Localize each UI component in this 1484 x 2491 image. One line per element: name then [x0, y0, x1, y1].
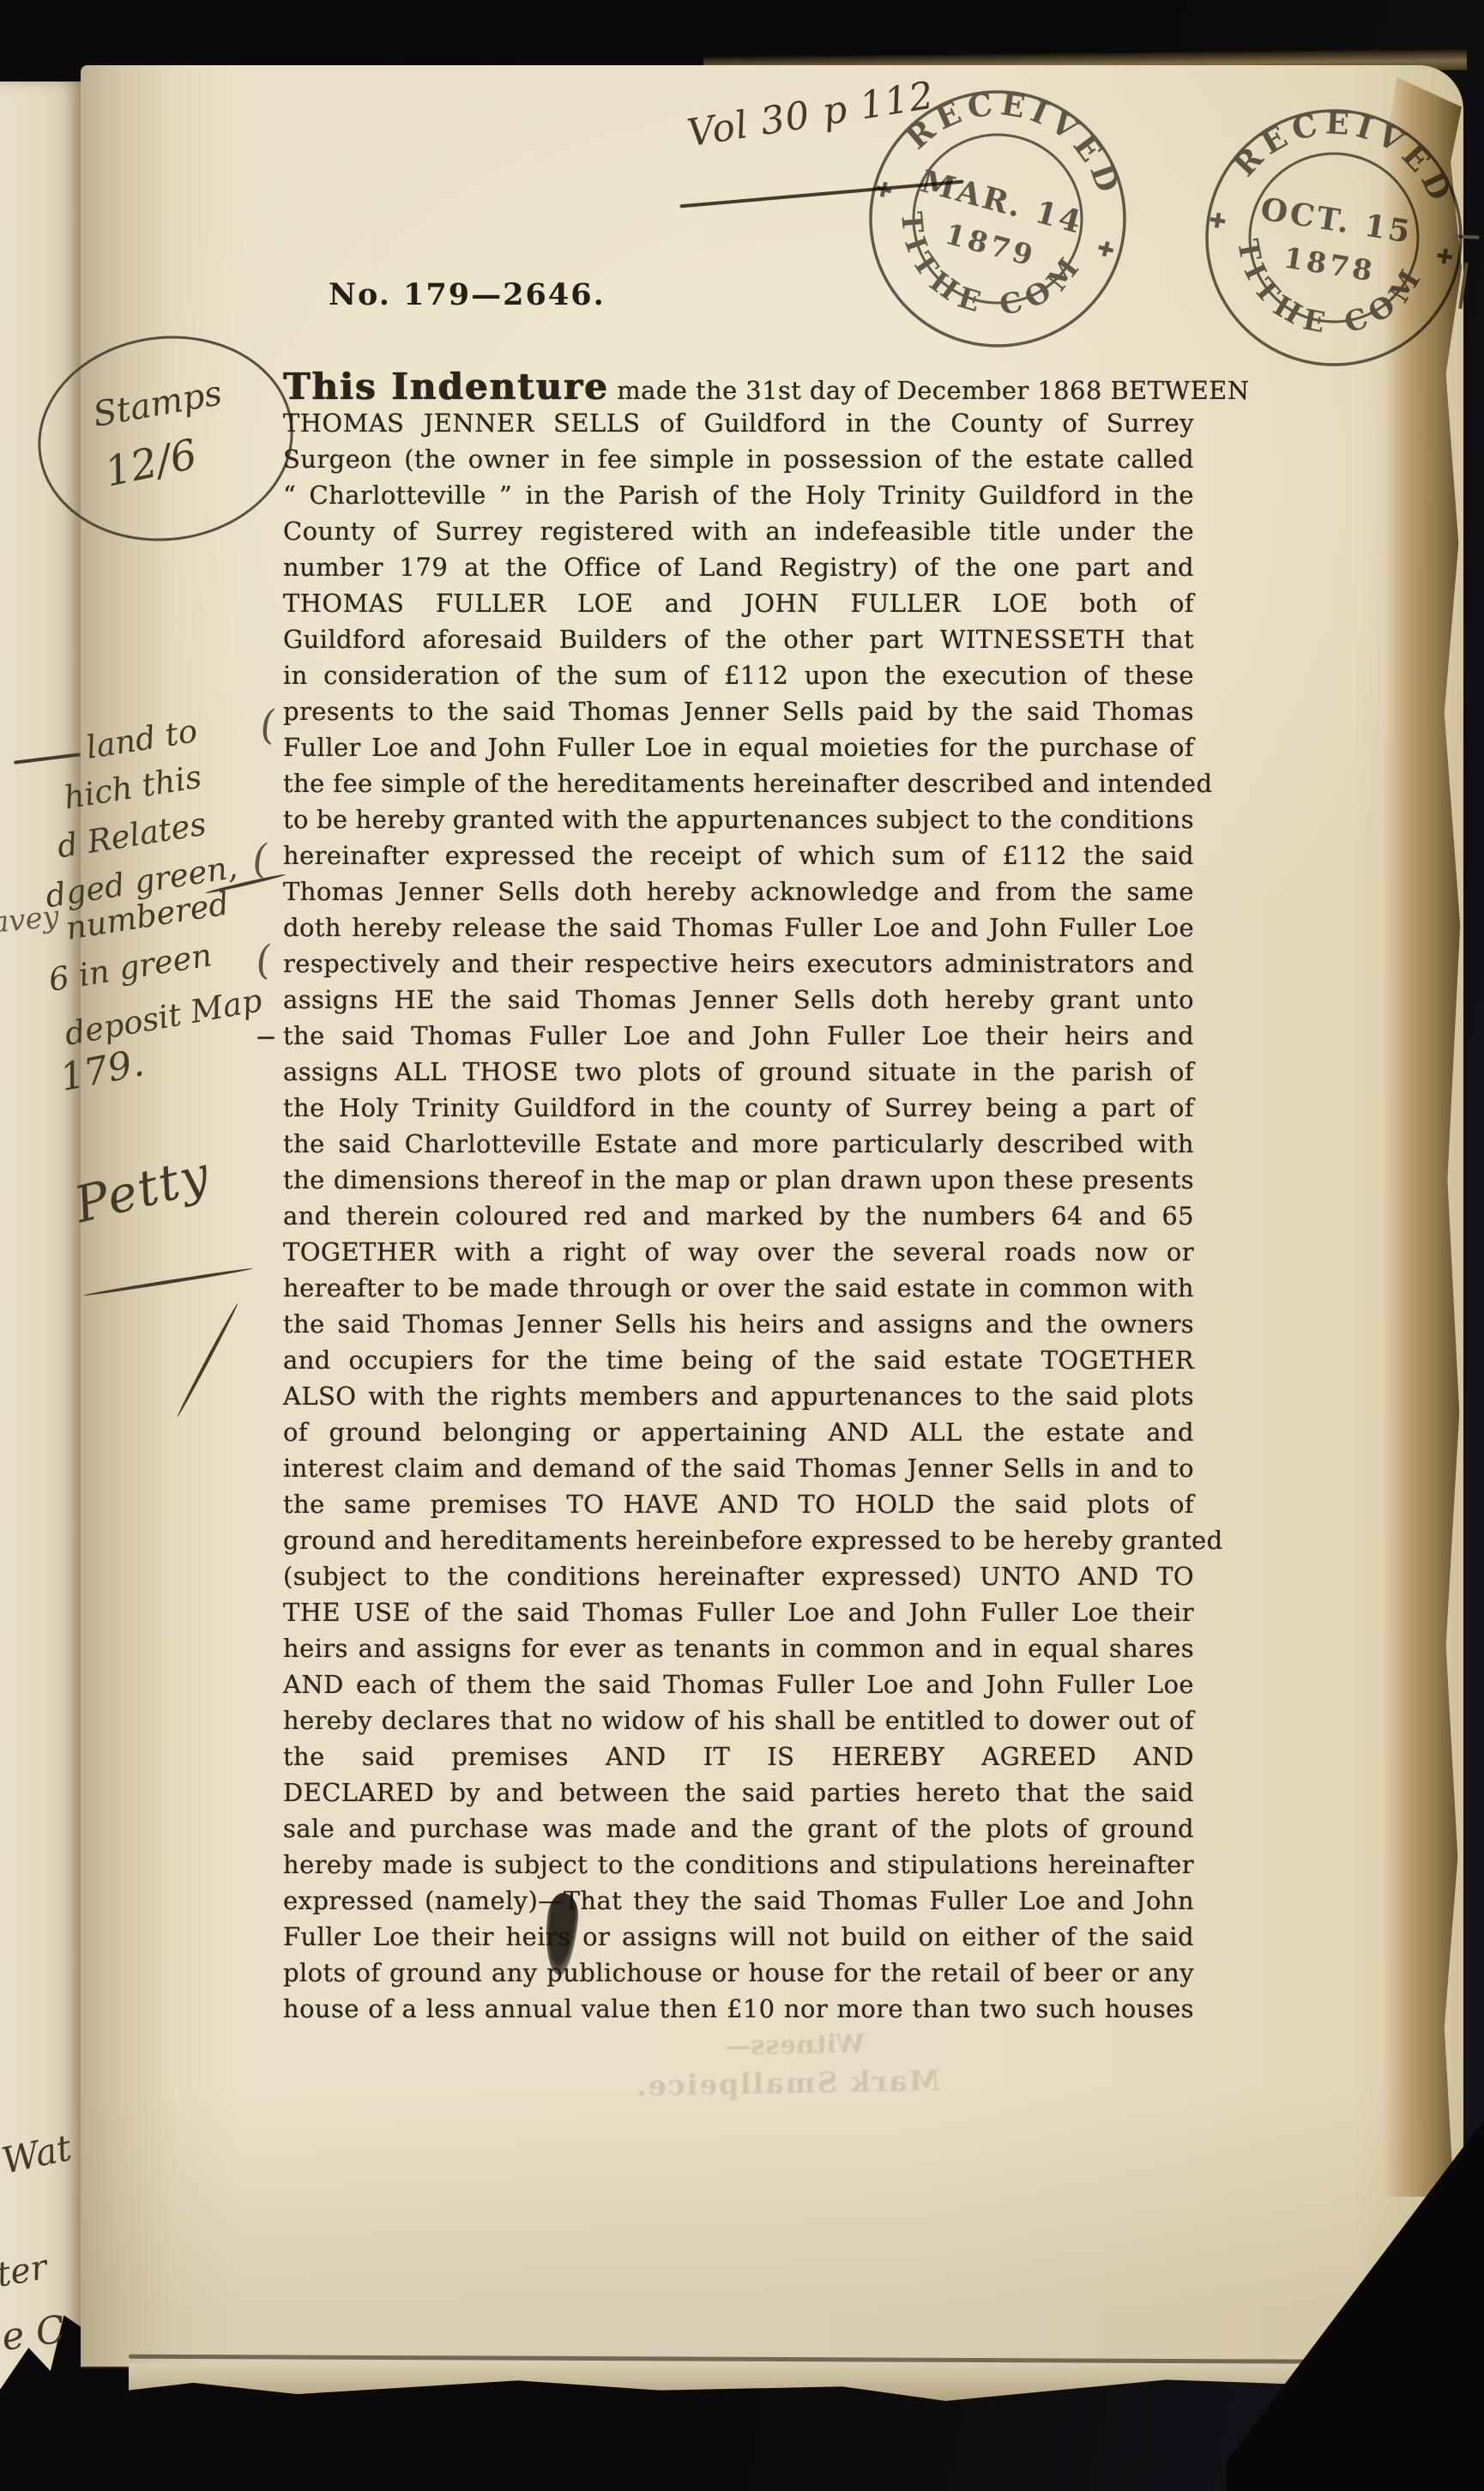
- deed-line-25: TOGETHER with a right of way over the se…: [283, 1234, 1194, 1270]
- deed-line-15: Thomas Jenner Sells doth hereby acknowle…: [283, 874, 1194, 910]
- deed-line-3: Surgeon (the owner in fee simple in poss…: [283, 441, 1194, 477]
- deed-line-37: AND each of them the said Thomas Fuller …: [283, 1666, 1194, 1702]
- bleed-through-witness: Witness—: [725, 2029, 866, 2062]
- page-bottom-shading: [81, 2085, 1463, 2368]
- deed-line-24: and therein coloured red and marked by t…: [283, 1198, 1194, 1234]
- deed-line-8: Guildford aforesaid Builders of the othe…: [283, 621, 1194, 657]
- deed-line-14: hereinafter expressed the receipt of whi…: [283, 837, 1194, 874]
- margin-paren-mark: (: [250, 835, 269, 882]
- deed-line-41: sale and purchase was made and the grant…: [283, 1811, 1194, 1847]
- deed-line-23: the dimensions thereof in the map or pla…: [283, 1162, 1194, 1198]
- margin-edge-fragment: avey: [0, 899, 61, 940]
- deed-line-7: THOMAS FULLER LOE and JOHN FULLER LOE bo…: [283, 585, 1194, 621]
- svg-text:MAR. 14: MAR. 14: [917, 163, 1087, 241]
- doc-number: No. 179—2646.: [329, 277, 606, 312]
- deed-line-36: heirs and assigns for ever as tenants in…: [283, 1630, 1194, 1666]
- deed-line-9: in consideration of the sum of £112 upon…: [283, 657, 1194, 693]
- bleed-through-name: Mark Smallpeice.: [635, 2064, 941, 2102]
- deed-line-27: the said Thomas Jenner Sells his heirs a…: [283, 1306, 1194, 1342]
- deed-line-26: hereafter to be made through or over the…: [283, 1270, 1194, 1306]
- deed-line-32: the same premises TO HAVE AND TO HOLD th…: [283, 1486, 1194, 1522]
- deed-line-39: the said premises AND IT IS HEREBY AGREE…: [283, 1738, 1194, 1775]
- deed-line-20: assigns ALL THOSE two plots of ground si…: [283, 1054, 1194, 1090]
- deed-line-17: respectively and their respective heirs …: [283, 946, 1194, 982]
- deed-line-22: the said Charlotteville Estate and more …: [283, 1126, 1194, 1162]
- deed-line-40: DECLARED by and between the said parties…: [283, 1775, 1194, 1811]
- received-stamp-oct-1878: RECEIVED TITHE COM OCT. 15 1878 ✚ ✚: [1182, 86, 1484, 390]
- deed-line-4: “ Charlotteville ” in the Parish of the …: [283, 477, 1194, 513]
- deed-line-13: to be hereby granted with the appurtenan…: [283, 801, 1194, 837]
- deed-line-19: the said Thomas Fuller Loe and John Full…: [283, 1018, 1194, 1054]
- deed-line-35: THE USE of the said Thomas Fuller Loe an…: [283, 1594, 1194, 1630]
- stamp-side-cross: ✚: [1207, 208, 1228, 234]
- deed-line-42: hereby made is subject to the conditions…: [283, 1847, 1194, 1883]
- deed-line-43: expressed (namely)—That they the said Th…: [283, 1883, 1194, 1919]
- deed-line-38: hereby declares that no widow of his sha…: [283, 1702, 1194, 1738]
- deed-line-12: the fee simple of the hereditaments here…: [283, 765, 1194, 801]
- corner-fragment: e C: [0, 2307, 68, 2360]
- deed-line-21: the Holy Trinity Guildford in the county…: [283, 1090, 1194, 1126]
- deed-line-33: ground and hereditaments hereinbefore ex…: [283, 1522, 1194, 1558]
- margin-tick: [257, 1037, 274, 1039]
- deed-line-31: interest claim and demand of the said Th…: [283, 1450, 1194, 1486]
- deed-line-1: This Indenture made the 31st day of Dece…: [283, 369, 1194, 405]
- book-photo-backdrop: No. 179—2646. Vol 30 p 112 RECEIVED TITH…: [0, 0, 1484, 2491]
- svg-text:1878: 1878: [1282, 240, 1378, 287]
- deed-line-6: number 179 at the Office of Land Registr…: [283, 549, 1194, 585]
- deed-line-11: Fuller Loe and John Fuller Loe in equal …: [283, 729, 1194, 765]
- deed-line-28: and occupiers for the time being of the …: [283, 1342, 1194, 1378]
- deed-text: This Indenture made the 31st day of Dece…: [283, 369, 1194, 2027]
- blackletter-opener: This Indenture: [283, 366, 609, 408]
- stamp-side-cross: ✚: [1095, 236, 1118, 263]
- svg-text:OCT. 15: OCT. 15: [1258, 191, 1415, 251]
- deed-line-29: ALSO with the rights members and appurte…: [283, 1378, 1194, 1414]
- deed-line-5: County of Surrey registered with an inde…: [283, 513, 1194, 549]
- page-bottom-deckle: [129, 2363, 1426, 2401]
- deed-line-30: of ground belonging or appertaining AND …: [283, 1414, 1194, 1450]
- stamp-side-cross: ✚: [1434, 244, 1455, 270]
- deed-line-45: plots of ground any publichouse or house…: [283, 1955, 1194, 1991]
- deed-line-46: house of a less annual value then £10 no…: [283, 1991, 1194, 2027]
- deed-line-10: presents to the said Thomas Jenner Sells…: [283, 693, 1194, 729]
- deed-line-2: THOMAS JENNER SELLS of Guildford in the …: [283, 405, 1194, 441]
- deed-line-18: assigns HE the said Thomas Jenner Sells …: [283, 982, 1194, 1018]
- deed-line-44: Fuller Loe their heirs or assigns will n…: [283, 1919, 1194, 1955]
- deed-line-34: (subject to the conditions hereinafter e…: [283, 1558, 1194, 1594]
- deed-line-16: doth hereby release the said Thomas Full…: [283, 910, 1194, 946]
